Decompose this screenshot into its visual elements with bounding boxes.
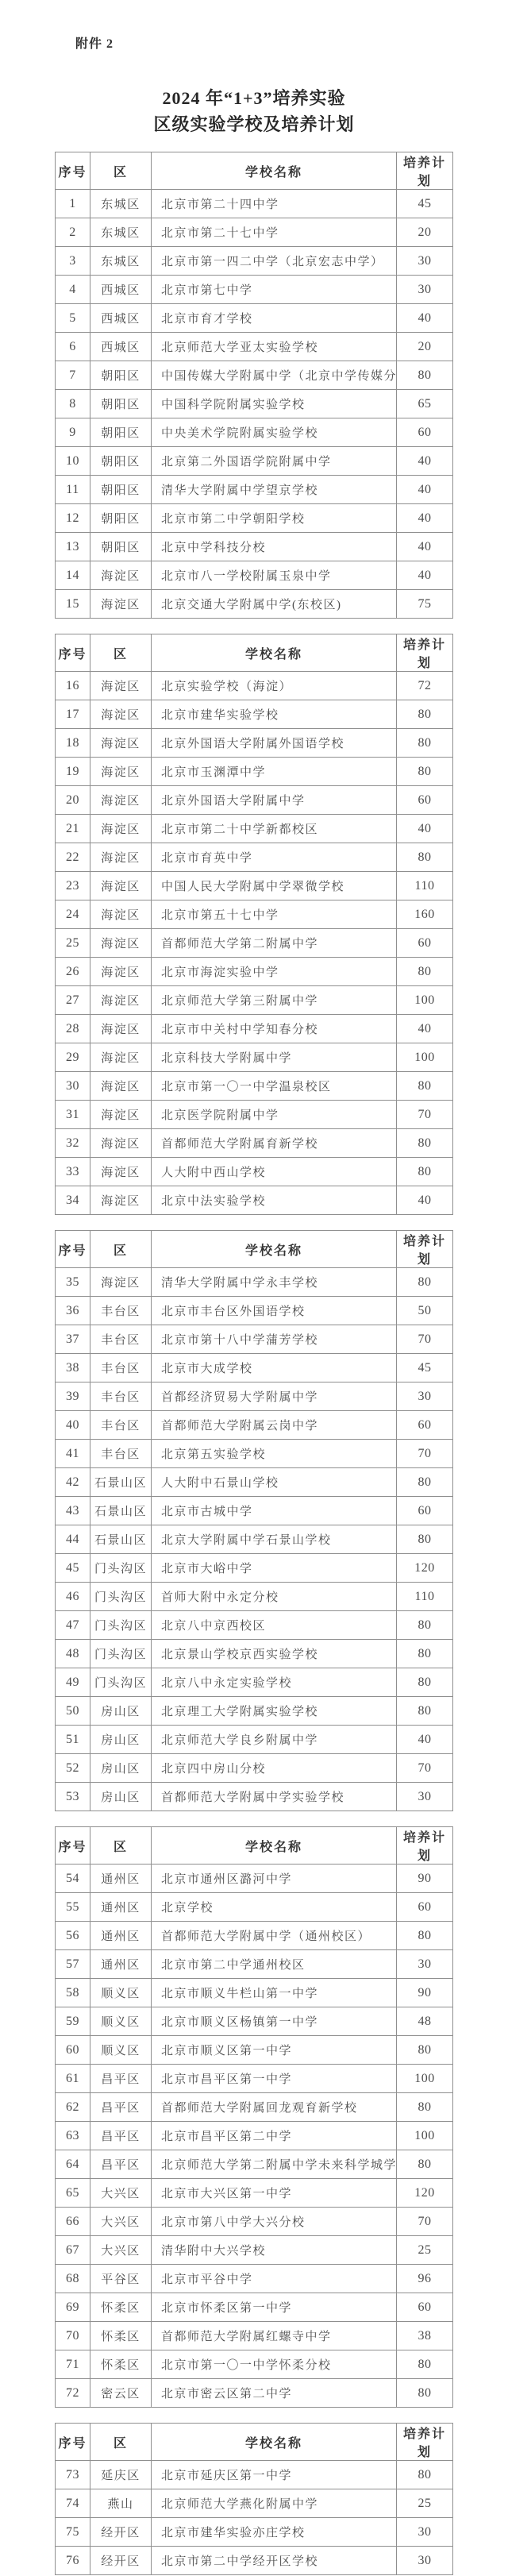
cell-district: 房山区 [90, 1783, 152, 1811]
cell-plan-count: 30 [397, 1950, 453, 1979]
cell-school-name: 北京市第十八中学蒲芳学校 [152, 1325, 397, 1354]
cell-plan-count: 45 [397, 190, 453, 218]
cell-seq-number: 65 [56, 2179, 90, 2208]
cell-school-name: 中国科学院附属实验学校 [152, 390, 397, 418]
cell-school-name: 北京外国语大学附属中学 [152, 786, 397, 815]
cell-school-name: 北京市第二中学通州校区 [152, 1950, 397, 1979]
tables-container: 序号区学校名称培养计划1东城区北京市第二十四中学452东城区北京市第二十七中学2… [0, 152, 508, 2575]
cell-plan-count: 80 [397, 1611, 453, 1640]
cell-school-name: 北京市第二中学经开区学校 [152, 2547, 397, 2575]
cell-seq-number: 27 [56, 986, 90, 1015]
cell-district: 燕山 [90, 2489, 152, 2518]
table-row: 52房山区北京四中房山分校70 [56, 1754, 453, 1783]
cell-plan-count: 30 [397, 1783, 453, 1811]
table-row: 68平谷区北京市平谷中学96 [56, 2265, 453, 2293]
table-row: 30海淀区北京市第一〇一中学温泉校区80 [56, 1072, 453, 1101]
cell-school-name: 北京八中京西校区 [152, 1611, 397, 1640]
cell-plan-count: 60 [397, 2293, 453, 2322]
cell-plan-count: 80 [397, 1468, 453, 1497]
cell-district: 海淀区 [90, 1268, 152, 1297]
cell-plan-count: 80 [397, 2150, 453, 2179]
cell-district: 昌平区 [90, 2122, 152, 2150]
cell-district: 西城区 [90, 333, 152, 361]
column-header: 培养计划 [397, 634, 453, 672]
table-row: 23海淀区中国人民大学附属中学翠微学校110 [56, 872, 453, 900]
cell-district: 海淀区 [90, 758, 152, 786]
cell-school-name: 北京景山学校京西实验学校 [152, 1640, 397, 1668]
table-row: 57通州区北京市第二中学通州校区30 [56, 1950, 453, 1979]
cell-school-name: 清华大学附属中学永丰学校 [152, 1268, 397, 1297]
cell-school-name: 北京市丰台区外国语学校 [152, 1297, 397, 1325]
cell-seq-number: 40 [56, 1411, 90, 1440]
cell-seq-number: 48 [56, 1640, 90, 1668]
table-row: 29海淀区北京科技大学附属中学100 [56, 1043, 453, 1072]
cell-district: 朝阳区 [90, 504, 152, 533]
plan-table-section-5: 序号区学校名称培养计划73延庆区北京市延庆区第一中学8074燕山北京师范大学燕化… [55, 2423, 453, 2575]
cell-plan-count: 48 [397, 2007, 453, 2036]
cell-seq-number: 12 [56, 504, 90, 533]
cell-plan-count: 38 [397, 2322, 453, 2350]
cell-seq-number: 18 [56, 729, 90, 758]
cell-seq-number: 9 [56, 418, 90, 447]
cell-school-name: 北京市第八中学大兴分校 [152, 2208, 397, 2236]
header-row: 序号区学校名称培养计划 [56, 1231, 453, 1268]
cell-plan-count: 70 [397, 1101, 453, 1129]
column-header: 培养计划 [397, 1231, 453, 1268]
table-row: 8朝阳区中国科学院附属实验学校65 [56, 390, 453, 418]
attachment-label: 附件 2 [75, 0, 508, 52]
cell-seq-number: 36 [56, 1297, 90, 1325]
cell-school-name: 北京市第二十中学新都校区 [152, 815, 397, 843]
cell-seq-number: 33 [56, 1158, 90, 1186]
column-header: 区 [90, 634, 152, 672]
cell-plan-count: 120 [397, 1554, 453, 1583]
cell-school-name: 北京医学院附属中学 [152, 1101, 397, 1129]
cell-plan-count: 90 [397, 1979, 453, 2007]
table-row: 64昌平区北京师范大学第二附属中学未来科学城学校80 [56, 2150, 453, 2179]
cell-plan-count: 80 [397, 843, 453, 872]
cell-plan-count: 100 [397, 986, 453, 1015]
cell-plan-count: 20 [397, 333, 453, 361]
cell-seq-number: 8 [56, 390, 90, 418]
cell-seq-number: 28 [56, 1015, 90, 1043]
column-header: 序号 [56, 634, 90, 672]
cell-plan-count: 25 [397, 2489, 453, 2518]
cell-district: 平谷区 [90, 2265, 152, 2293]
cell-district: 昌平区 [90, 2093, 152, 2122]
cell-seq-number: 13 [56, 533, 90, 561]
cell-school-name: 首都师范大学附属中学（通州校区） [152, 1922, 397, 1950]
cell-seq-number: 38 [56, 1354, 90, 1382]
cell-school-name: 北京外国语大学附属外国语学校 [152, 729, 397, 758]
cell-plan-count: 80 [397, 1668, 453, 1697]
cell-school-name: 北京市昌平区第二中学 [152, 2122, 397, 2150]
table-row: 37丰台区北京市第十八中学蒲芳学校70 [56, 1325, 453, 1354]
cell-seq-number: 24 [56, 900, 90, 929]
column-header: 区 [90, 152, 152, 190]
cell-plan-count: 100 [397, 1043, 453, 1072]
plan-table-section-1: 序号区学校名称培养计划1东城区北京市第二十四中学452东城区北京市第二十七中学2… [55, 152, 453, 619]
table-row: 45门头沟区北京市大峪中学120 [56, 1554, 453, 1583]
cell-plan-count: 80 [397, 1640, 453, 1668]
cell-school-name: 北京师范大学亚太实验学校 [152, 333, 397, 361]
table-row: 21海淀区北京市第二十中学新都校区40 [56, 815, 453, 843]
cell-school-name: 首都师范大学附属中学实验学校 [152, 1783, 397, 1811]
cell-plan-count: 60 [397, 418, 453, 447]
table-row: 67大兴区清华附中大兴学校25 [56, 2236, 453, 2265]
cell-school-name: 北京学校 [152, 1893, 397, 1922]
cell-seq-number: 7 [56, 361, 90, 390]
cell-plan-count: 30 [397, 247, 453, 276]
table-row: 31海淀区北京医学院附属中学70 [56, 1101, 453, 1129]
cell-district: 丰台区 [90, 1325, 152, 1354]
cell-plan-count: 45 [397, 1354, 453, 1382]
cell-district: 朝阳区 [90, 418, 152, 447]
cell-seq-number: 20 [56, 786, 90, 815]
cell-district: 通州区 [90, 1893, 152, 1922]
cell-plan-count: 120 [397, 2179, 453, 2208]
cell-district: 石景山区 [90, 1497, 152, 1525]
cell-seq-number: 50 [56, 1697, 90, 1726]
cell-plan-count: 60 [397, 1411, 453, 1440]
cell-school-name: 北京市第二十七中学 [152, 218, 397, 247]
cell-school-name: 北京市玉渊潭中学 [152, 758, 397, 786]
cell-school-name: 首都师范大学附属红螺寺中学 [152, 2322, 397, 2350]
cell-district: 顺义区 [90, 2007, 152, 2036]
cell-district: 海淀区 [90, 900, 152, 929]
column-header: 区 [90, 1827, 152, 1865]
cell-school-name: 北京市第一〇一中学怀柔分校 [152, 2350, 397, 2379]
cell-plan-count: 70 [397, 1440, 453, 1468]
table-row: 1东城区北京市第二十四中学45 [56, 190, 453, 218]
table-row: 56通州区首都师范大学附属中学（通州校区）80 [56, 1922, 453, 1950]
table-row: 53房山区首都师范大学附属中学实验学校30 [56, 1783, 453, 1811]
cell-school-name: 北京科技大学附属中学 [152, 1043, 397, 1072]
cell-district: 通州区 [90, 1865, 152, 1893]
cell-school-name: 北京市怀柔区第一中学 [152, 2293, 397, 2322]
cell-school-name: 北京市大成学校 [152, 1354, 397, 1382]
column-header: 学校名称 [152, 634, 397, 672]
cell-school-name: 中央美术学院附属实验学校 [152, 418, 397, 447]
cell-seq-number: 46 [56, 1583, 90, 1611]
cell-plan-count: 90 [397, 1865, 453, 1893]
cell-plan-count: 80 [397, 729, 453, 758]
cell-district: 延庆区 [90, 2461, 152, 2489]
cell-plan-count: 20 [397, 218, 453, 247]
cell-district: 门头沟区 [90, 1583, 152, 1611]
cell-seq-number: 41 [56, 1440, 90, 1468]
table-row: 72密云区北京市密云区第二中学80 [56, 2379, 453, 2408]
cell-seq-number: 35 [56, 1268, 90, 1297]
cell-school-name: 北京八中永定实验学校 [152, 1668, 397, 1697]
cell-district: 通州区 [90, 1950, 152, 1979]
cell-district: 房山区 [90, 1697, 152, 1726]
cell-district: 海淀区 [90, 672, 152, 700]
cell-plan-count: 80 [397, 2036, 453, 2065]
table-row: 74燕山北京师范大学燕化附属中学25 [56, 2489, 453, 2518]
cell-seq-number: 3 [56, 247, 90, 276]
cell-district: 门头沟区 [90, 1554, 152, 1583]
cell-district: 海淀区 [90, 1186, 152, 1215]
cell-plan-count: 25 [397, 2236, 453, 2265]
table-row: 60顺义区北京市顺义区第一中学80 [56, 2036, 453, 2065]
cell-plan-count: 65 [397, 390, 453, 418]
cell-school-name: 北京市古城中学 [152, 1497, 397, 1525]
cell-school-name: 首都经济贸易大学附属中学 [152, 1382, 397, 1411]
table-row: 24海淀区北京市第五十七中学160 [56, 900, 453, 929]
table-row: 12朝阳区北京市第二中学朝阳学校40 [56, 504, 453, 533]
cell-plan-count: 40 [397, 1015, 453, 1043]
cell-district: 海淀区 [90, 958, 152, 986]
cell-plan-count: 60 [397, 929, 453, 958]
table-row: 65大兴区北京市大兴区第一中学120 [56, 2179, 453, 2208]
cell-district: 朝阳区 [90, 533, 152, 561]
document-page: 附件 2 2024 年“1+3”培养实验 区级实验学校及培养计划 序号区学校名称… [0, 0, 508, 2576]
cell-plan-count: 80 [397, 1129, 453, 1158]
column-header: 学校名称 [152, 152, 397, 190]
cell-seq-number: 57 [56, 1950, 90, 1979]
cell-seq-number: 42 [56, 1468, 90, 1497]
cell-district: 门头沟区 [90, 1611, 152, 1640]
cell-school-name: 人大附中西山学校 [152, 1158, 397, 1186]
cell-district: 海淀区 [90, 1015, 152, 1043]
cell-school-name: 北京交通大学附属中学(东校区) [152, 590, 397, 619]
table-row: 75经开区北京市建华实验亦庄学校30 [56, 2518, 453, 2547]
cell-plan-count: 100 [397, 2065, 453, 2093]
cell-seq-number: 51 [56, 1726, 90, 1754]
cell-seq-number: 62 [56, 2093, 90, 2122]
cell-district: 丰台区 [90, 1411, 152, 1440]
table-row: 17海淀区北京市建华实验学校80 [56, 700, 453, 729]
column-header: 学校名称 [152, 1827, 397, 1865]
cell-plan-count: 30 [397, 276, 453, 304]
cell-district: 东城区 [90, 190, 152, 218]
cell-school-name: 北京市第二十四中学 [152, 190, 397, 218]
cell-school-name: 北京实验学校（海淀） [152, 672, 397, 700]
table-row: 27海淀区北京师范大学第三附属中学100 [56, 986, 453, 1015]
table-row: 46门头沟区首师大附中永定分校110 [56, 1583, 453, 1611]
table-row: 55通州区北京学校60 [56, 1893, 453, 1922]
cell-school-name: 北京市通州区潞河中学 [152, 1865, 397, 1893]
cell-plan-count: 80 [397, 361, 453, 390]
cell-plan-count: 40 [397, 476, 453, 504]
cell-district: 海淀区 [90, 590, 152, 619]
cell-district: 门头沟区 [90, 1668, 152, 1697]
table-row: 70怀柔区首都师范大学附属红螺寺中学38 [56, 2322, 453, 2350]
column-header: 区 [90, 1231, 152, 1268]
cell-seq-number: 69 [56, 2293, 90, 2322]
cell-seq-number: 34 [56, 1186, 90, 1215]
cell-plan-count: 80 [397, 2461, 453, 2489]
cell-district: 西城区 [90, 304, 152, 333]
cell-school-name: 北京市第一〇一中学温泉校区 [152, 1072, 397, 1101]
cell-seq-number: 6 [56, 333, 90, 361]
table-row: 32海淀区首都师范大学附属育新学校80 [56, 1129, 453, 1158]
cell-district: 顺义区 [90, 1979, 152, 2007]
table-row: 14海淀区北京市八一学校附属玉泉中学40 [56, 561, 453, 590]
cell-school-name: 北京市顺义区第一中学 [152, 2036, 397, 2065]
cell-district: 朝阳区 [90, 390, 152, 418]
cell-plan-count: 160 [397, 900, 453, 929]
cell-district: 海淀区 [90, 1101, 152, 1129]
cell-school-name: 北京大学附属中学石景山学校 [152, 1525, 397, 1554]
header-row: 序号区学校名称培养计划 [56, 634, 453, 672]
cell-district: 东城区 [90, 218, 152, 247]
document-title: 2024 年“1+3”培养实验 区级实验学校及培养计划 [0, 85, 508, 137]
header-row: 序号区学校名称培养计划 [56, 152, 453, 190]
cell-seq-number: 15 [56, 590, 90, 619]
table-row: 63昌平区北京市昌平区第二中学100 [56, 2122, 453, 2150]
cell-plan-count: 70 [397, 1754, 453, 1783]
plan-table-section-4: 序号区学校名称培养计划54通州区北京市通州区潞河中学9055通州区北京学校605… [55, 1826, 453, 2408]
cell-seq-number: 22 [56, 843, 90, 872]
cell-seq-number: 59 [56, 2007, 90, 2036]
cell-district: 大兴区 [90, 2179, 152, 2208]
cell-seq-number: 39 [56, 1382, 90, 1411]
cell-seq-number: 74 [56, 2489, 90, 2518]
header-row: 序号区学校名称培养计划 [56, 1827, 453, 1865]
column-header: 培养计划 [397, 1827, 453, 1865]
table-row: 35海淀区清华大学附属中学永丰学校80 [56, 1268, 453, 1297]
cell-plan-count: 40 [397, 447, 453, 476]
cell-district: 海淀区 [90, 1158, 152, 1186]
cell-seq-number: 72 [56, 2379, 90, 2408]
cell-school-name: 北京市大峪中学 [152, 1554, 397, 1583]
cell-district: 海淀区 [90, 1072, 152, 1101]
cell-school-name: 北京市建华实验亦庄学校 [152, 2518, 397, 2547]
table-row: 34海淀区北京中法实验学校40 [56, 1186, 453, 1215]
table-row: 2东城区北京市第二十七中学20 [56, 218, 453, 247]
column-header: 学校名称 [152, 2424, 397, 2461]
cell-seq-number: 1 [56, 190, 90, 218]
cell-plan-count: 80 [397, 2350, 453, 2379]
table-row: 26海淀区北京市海淀实验中学80 [56, 958, 453, 986]
cell-plan-count: 50 [397, 1297, 453, 1325]
table-row: 49门头沟区北京八中永定实验学校80 [56, 1668, 453, 1697]
header-row: 序号区学校名称培养计划 [56, 2424, 453, 2461]
cell-school-name: 北京市育才学校 [152, 304, 397, 333]
table-row: 18海淀区北京外国语大学附属外国语学校80 [56, 729, 453, 758]
cell-district: 海淀区 [90, 786, 152, 815]
cell-district: 丰台区 [90, 1297, 152, 1325]
cell-seq-number: 25 [56, 929, 90, 958]
cell-seq-number: 11 [56, 476, 90, 504]
column-header: 序号 [56, 2424, 90, 2461]
cell-school-name: 北京市第二中学朝阳学校 [152, 504, 397, 533]
cell-school-name: 清华大学附属中学望京学校 [152, 476, 397, 504]
table-row: 25海淀区首都师范大学第二附属中学60 [56, 929, 453, 958]
cell-plan-count: 96 [397, 2265, 453, 2293]
cell-school-name: 北京市平谷中学 [152, 2265, 397, 2293]
cell-school-name: 北京市第五十七中学 [152, 900, 397, 929]
table-row: 3东城区北京市第一四二中学（北京宏志中学）30 [56, 247, 453, 276]
cell-plan-count: 80 [397, 1072, 453, 1101]
table-row: 73延庆区北京市延庆区第一中学80 [56, 2461, 453, 2489]
cell-seq-number: 63 [56, 2122, 90, 2150]
cell-district: 海淀区 [90, 929, 152, 958]
cell-school-name: 北京第五实验学校 [152, 1440, 397, 1468]
cell-school-name: 首都师范大学附属育新学校 [152, 1129, 397, 1158]
cell-plan-count: 40 [397, 304, 453, 333]
cell-plan-count: 40 [397, 1726, 453, 1754]
table-row: 71怀柔区北京市第一〇一中学怀柔分校80 [56, 2350, 453, 2379]
cell-plan-count: 110 [397, 1583, 453, 1611]
cell-district: 大兴区 [90, 2236, 152, 2265]
cell-district: 海淀区 [90, 700, 152, 729]
table-row: 7朝阳区中国传媒大学附属中学（北京中学传媒分校）80 [56, 361, 453, 390]
cell-school-name: 北京师范大学第三附属中学 [152, 986, 397, 1015]
cell-school-name: 北京市延庆区第一中学 [152, 2461, 397, 2489]
cell-seq-number: 60 [56, 2036, 90, 2065]
cell-plan-count: 80 [397, 758, 453, 786]
cell-district: 海淀区 [90, 872, 152, 900]
cell-seq-number: 75 [56, 2518, 90, 2547]
cell-seq-number: 61 [56, 2065, 90, 2093]
cell-plan-count: 40 [397, 815, 453, 843]
cell-school-name: 北京师范大学第二附属中学未来科学城学校 [152, 2150, 397, 2179]
cell-plan-count: 80 [397, 1922, 453, 1950]
cell-seq-number: 4 [56, 276, 90, 304]
cell-seq-number: 31 [56, 1101, 90, 1129]
cell-school-name: 首都师范大学附属云岗中学 [152, 1411, 397, 1440]
cell-plan-count: 80 [397, 1158, 453, 1186]
cell-plan-count: 30 [397, 1382, 453, 1411]
cell-school-name: 首都师范大学附属回龙观育新学校 [152, 2093, 397, 2122]
cell-school-name: 北京市育英中学 [152, 843, 397, 872]
cell-seq-number: 43 [56, 1497, 90, 1525]
cell-seq-number: 17 [56, 700, 90, 729]
table-row: 48门头沟区北京景山学校京西实验学校80 [56, 1640, 453, 1668]
cell-district: 朝阳区 [90, 361, 152, 390]
table-row: 11朝阳区清华大学附属中学望京学校40 [56, 476, 453, 504]
cell-school-name: 北京第二外国语学院附属中学 [152, 447, 397, 476]
table-row: 40丰台区首都师范大学附属云岗中学60 [56, 1411, 453, 1440]
cell-school-name: 北京市中关村中学知春分校 [152, 1015, 397, 1043]
table-row: 43石景山区北京市古城中学60 [56, 1497, 453, 1525]
cell-plan-count: 72 [397, 672, 453, 700]
cell-district: 丰台区 [90, 1440, 152, 1468]
cell-school-name: 北京市第一四二中学（北京宏志中学） [152, 247, 397, 276]
table-row: 58顺义区北京市顺义牛栏山第一中学90 [56, 1979, 453, 2007]
table-row: 76经开区北京市第二中学经开区学校30 [56, 2547, 453, 2575]
cell-school-name: 北京四中房山分校 [152, 1754, 397, 1783]
cell-district: 东城区 [90, 247, 152, 276]
cell-plan-count: 40 [397, 1186, 453, 1215]
cell-seq-number: 30 [56, 1072, 90, 1101]
cell-plan-count: 30 [397, 2518, 453, 2547]
cell-district: 顺义区 [90, 2036, 152, 2065]
cell-seq-number: 71 [56, 2350, 90, 2379]
table-row: 59顺义区北京市顺义区杨镇第一中学48 [56, 2007, 453, 2036]
cell-seq-number: 67 [56, 2236, 90, 2265]
document-title-line1: 2024 年“1+3”培养实验 [0, 85, 508, 111]
cell-seq-number: 29 [56, 1043, 90, 1072]
cell-district: 海淀区 [90, 1043, 152, 1072]
table-row: 13朝阳区北京中学科技分校40 [56, 533, 453, 561]
cell-seq-number: 47 [56, 1611, 90, 1640]
cell-plan-count: 70 [397, 1325, 453, 1354]
cell-school-name: 北京市顺义区杨镇第一中学 [152, 2007, 397, 2036]
plan-table-section-3: 序号区学校名称培养计划35海淀区清华大学附属中学永丰学校8036丰台区北京市丰台… [55, 1230, 453, 1811]
table-row: 41丰台区北京第五实验学校70 [56, 1440, 453, 1468]
column-header: 序号 [56, 152, 90, 190]
table-row: 39丰台区首都经济贸易大学附属中学30 [56, 1382, 453, 1411]
cell-seq-number: 45 [56, 1554, 90, 1583]
cell-district: 房山区 [90, 1726, 152, 1754]
column-header: 培养计划 [397, 152, 453, 190]
cell-district: 海淀区 [90, 986, 152, 1015]
cell-school-name: 首师大附中永定分校 [152, 1583, 397, 1611]
